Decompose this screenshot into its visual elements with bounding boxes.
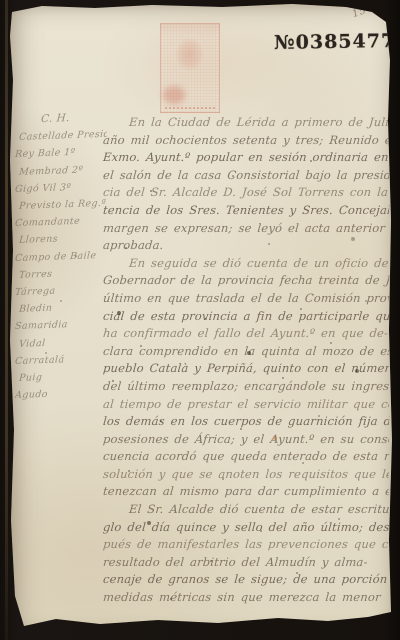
text-line: tenezcan al mismo para dar cumplimiento … [102,483,390,501]
margin-attendee-name: Agudo [14,384,107,404]
text-line: clara comprendido en la quinta al mozo d… [102,343,390,361]
text-line: medidas métricas sin que merezca la meno… [102,589,390,607]
text-line: Exmo. Ayunt.º popular en sesión ordinari… [102,149,390,167]
ink-specks [0,0,2,2]
text-line: glo del día quince y sello del año últim… [102,519,390,537]
text-line: el salón de la casa Consistorial bajo la… [102,167,390,185]
text-line: resultado del arbitrio del Almudín y alm… [102,554,390,572]
text-line: del último reemplazo; encargándole su in… [102,378,390,396]
stamp-bottom-band [165,107,215,109]
text-line: solución y que se anoten los requisitos … [102,466,390,484]
text-line: En la Ciudad de Lérida a primero de Juli… [102,114,390,132]
text-line: En seguida se dió cuenta de un oficio de… [102,255,390,273]
book-gutter-edge [5,0,8,640]
body-text: En la Ciudad de Lérida a primero de Juli… [103,114,389,607]
text-line: cuencia acordó que queda enterado de est… [102,448,390,466]
serial-number: №0385477 [274,30,396,54]
manuscript-photo: №0385477 15ª C. H.Castellade Presid.teRe… [0,0,400,640]
text-line: aprobada. [102,237,390,255]
margin-attendees-list: C. H.Castellade Presid.teRey Bale 1ºMemb… [15,112,107,404]
text-line: último en que traslada el de la Comisión… [102,290,390,308]
folio-number: 15ª [351,3,374,20]
revenue-stamp [160,23,220,113]
text-line: pueblo Català y Perpiñá, quinto con el n… [102,360,390,378]
text-line: cial de esta provincia a fin de particip… [102,308,390,326]
text-line: margen se expresan; se leyó el acta ante… [102,220,390,238]
manuscript-page: №0385477 15ª C. H.Castellade Presid.teRe… [0,0,400,640]
text-line: Gobernador de la provincia fecha treinta… [102,272,390,290]
text-line: tencia de los Sres. Tenientes y Sres. Co… [102,202,390,220]
text-line: año mil ochocientos setenta y tres; Reun… [102,132,390,150]
text-line: ha confirmado el fallo del Ayunt.º en qu… [102,325,390,343]
text-line: cenaje de granos se le sigue; de una por… [102,571,390,589]
text-line: al tiempo de prestar el servicio militar… [102,396,390,414]
text-line: cia del Sr. Alcalde D. José Sol Torrens … [102,184,390,202]
text-line: pués de manifestarles las prevenciones q… [102,536,390,554]
text-line: El Sr. Alcalde dió cuenta de estar escri… [102,501,390,519]
text-line: posesiones de África; y el Ayunt.º en su… [102,431,390,449]
text-line: los demás en los cuerpos de guarnición f… [102,413,390,431]
